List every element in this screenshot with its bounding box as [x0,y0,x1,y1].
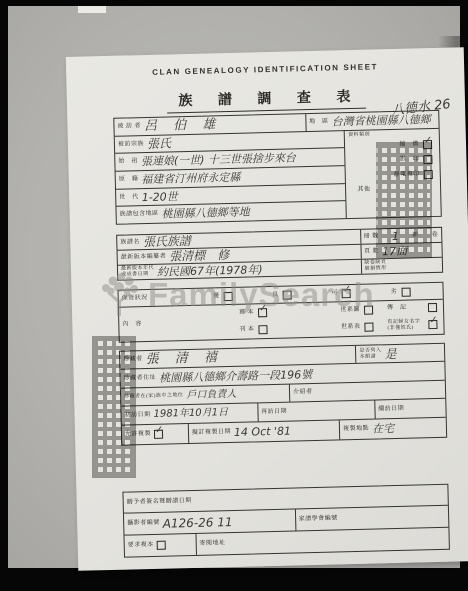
option-pedigree-table: 世系表 [341,323,374,333]
pedigree-table-label: 世系表 [341,324,361,331]
film-notch-artifact [78,6,106,13]
content-label: 內 容 [122,321,142,328]
content-group-pedigree: 世系圖 世系表 [281,301,388,338]
option-printed: 刊 本 [239,325,267,335]
listed-label: 是否列入 本館譜 [359,348,381,360]
women-names-label: 有記婦女名字 (非僅姓氏) [387,319,420,331]
checkbox-pedigree-chart [364,306,373,315]
section-holder: 珍藏者 張 清 禧 是否列入 本館譜 是 珍藏者住址 桃園縣八德鄉介壽路一段19… [119,343,447,446]
manuscript-label: 寫 本 [239,309,254,316]
first-ancestor-label: 始 祖 [118,158,138,165]
clan-value: 張氏 [147,137,171,150]
section-condition-content: 保管狀況 優 良 可 [117,282,444,343]
compiler-label: 最新版本編纂者 [121,253,167,261]
coverage-area-label: 族譜包含地區 [120,211,159,219]
good-label: 良 [272,291,279,298]
photographer-number-label: 攝影者編號 [127,520,160,528]
generations-label: 世 代 [119,194,139,201]
volume-unit-juan: 卷 [432,231,439,238]
coverage-area-value: 桃園縣八德鄉等地 [162,206,250,219]
listed-value: 是 [384,347,396,359]
fair-label: 可 [331,290,338,297]
planned-copy-date-value: 14 Oct '81 [234,426,291,438]
pedigree-chart-label: 世系圖 [340,307,360,314]
second-visit-label: 再訪日期 [261,408,287,416]
clan-details-left: 被訪宗族 張氏 始 祖 張連娘(一世) 十三世張捨步來台 [115,130,346,224]
followup-visit-label: 續訪日期 [378,405,404,413]
checkmark: ✓ [343,284,352,295]
first-visit-value: 1981年10月1日 [153,408,228,420]
copy-location-value: 在宅 [372,423,394,435]
content-group-biography: 傳 記 有記婦女名字 (非僅姓氏) ✓ [387,300,444,335]
area-value: 台灣省桃園縣八德鄉 [332,114,431,127]
ancestral-home-label: 原 籍 [119,176,139,183]
field-listed-in-catalog: 是否列入 本館譜 是 [355,344,444,363]
printed-label: 刊 本 [239,326,254,333]
archive-seal-stamp-right [376,142,432,258]
interviewee-value: 呂 伯 雄 [144,118,222,133]
checkbox-pedigree-table [364,323,373,332]
field-planned-copy-date: 擬訂複製日期 14 Oct '81 [188,420,340,443]
archive-seal-stamp-left [92,336,136,478]
poor-label: 劣 [391,288,398,295]
checkbox-poor [401,287,410,296]
biography-label: 傳 記 [387,305,407,312]
checkbox-printed [258,325,267,334]
introducer-label: 介紹者 [293,389,313,396]
planned-copy-date-label: 擬訂複製日期 [192,429,231,437]
field-area: 地 區 台灣省桃園縣八德鄉 [305,111,439,131]
edition-year-label: 最新版本年代 或成書日期 [121,266,154,278]
scan-background: CLAN GENEALOGY IDENTIFICATION SHEET 族 譜 … [8,6,460,568]
option-good: 良 [272,290,292,299]
condition-label-cell: 保管狀況 [119,289,181,307]
condition-label: 保管狀況 [122,295,148,303]
donor-signature-label: 贈予者簽名暨贈譜日期 [127,498,192,506]
copy-location-label: 複製地點 [343,426,369,434]
genealogy-title-value: 張氏族譜 [143,235,191,248]
checkmark: ✓ [429,315,438,326]
genealogy-title-label: 族譜名 [120,239,140,246]
checkbox-fair: ✓ [342,289,351,298]
first-ancestor-value: 張連娘(一世) 十三世張捨步來台 [141,152,296,167]
option-fair: 可 ✓ [331,289,351,298]
family-position-value: 戶口負責人 [186,389,236,400]
excellent-label: 優 [213,293,220,300]
field-damage: 缺卷缺頁 破損情形 [360,258,442,274]
field-copy-request: 要求複本 [124,534,195,557]
checkbox-good [283,290,292,299]
generations-value: 1-20世 [142,191,178,203]
checkbox-women-names: ✓ [428,320,437,329]
checkbox-manuscript: ✓ [258,308,267,317]
field-followup-visit: 續訪日期 [374,399,446,419]
checkbox-excellent [223,291,232,300]
row-content-type: 內 容 寫 本 ✓ 刊 本 [119,299,444,342]
compiler-value: 張清標 修 [169,249,229,262]
checkmark: ✓ [259,303,268,314]
option-biography: 傳 記 [387,303,437,313]
microfilm-frame: CLAN GENEALOGY IDENTIFICATION SHEET 族 譜 … [0,0,468,591]
holder-value: 張 清 禧 [146,351,224,366]
field-coverage-area: 族譜包含地區 桃園縣八德鄉等地 [116,201,346,224]
section-donor-numbering: 贈予者簽名暨贈譜日期 攝影者編號 A126-26 11 家譜學會編號 [122,484,450,558]
option-excellent: 優 [213,291,233,300]
checkbox-copy-permission: ✓ [154,430,163,439]
interviewee-label: 被 訪 者 [117,123,141,130]
damage-label: 缺卷缺頁 破損情形 [364,260,386,272]
copy-request-label: 要求複本 [128,542,154,550]
field-mailing-address: 寄閱地址 [195,528,449,555]
genealogy-form-sheet: CLAN GENEALOGY IDENTIFICATION SHEET 族 譜 … [66,47,468,571]
clan-label: 被訪宗族 [118,141,144,149]
other-label: 其他 [357,187,370,194]
field-copy-location: 複製地點 在宅 [339,418,446,440]
option-pedigree-chart: 世系圖 [340,306,373,316]
checkmark: ✓ [155,425,164,436]
ancestral-home-value: 福建省汀州府永定縣 [141,172,240,185]
photographer-number-value: A126-26 11 [163,516,233,530]
checkbox-biography [428,303,437,312]
edition-year-value: 約民國67年(1978年) [157,264,263,278]
option-poor: 劣 [391,287,411,296]
checkbox-copy-request [157,541,166,550]
sheet-title-english: CLAN GENEALOGY IDENTIFICATION SHEET [66,60,464,79]
content-group-manuscript: 寫 本 ✓ 刊 本 [181,304,282,340]
mailing-address-label: 寄閱地址 [199,540,225,548]
area-label: 地 區 [309,119,329,126]
option-manuscript: 寫 本 ✓ [239,308,267,318]
society-number-label: 家譜學會編號 [299,515,338,523]
holder-address-value: 桃園縣八德鄉介壽路一段196號 [159,369,312,384]
option-women-names: 有記婦女名字 (非僅姓氏) ✓ [387,319,437,332]
